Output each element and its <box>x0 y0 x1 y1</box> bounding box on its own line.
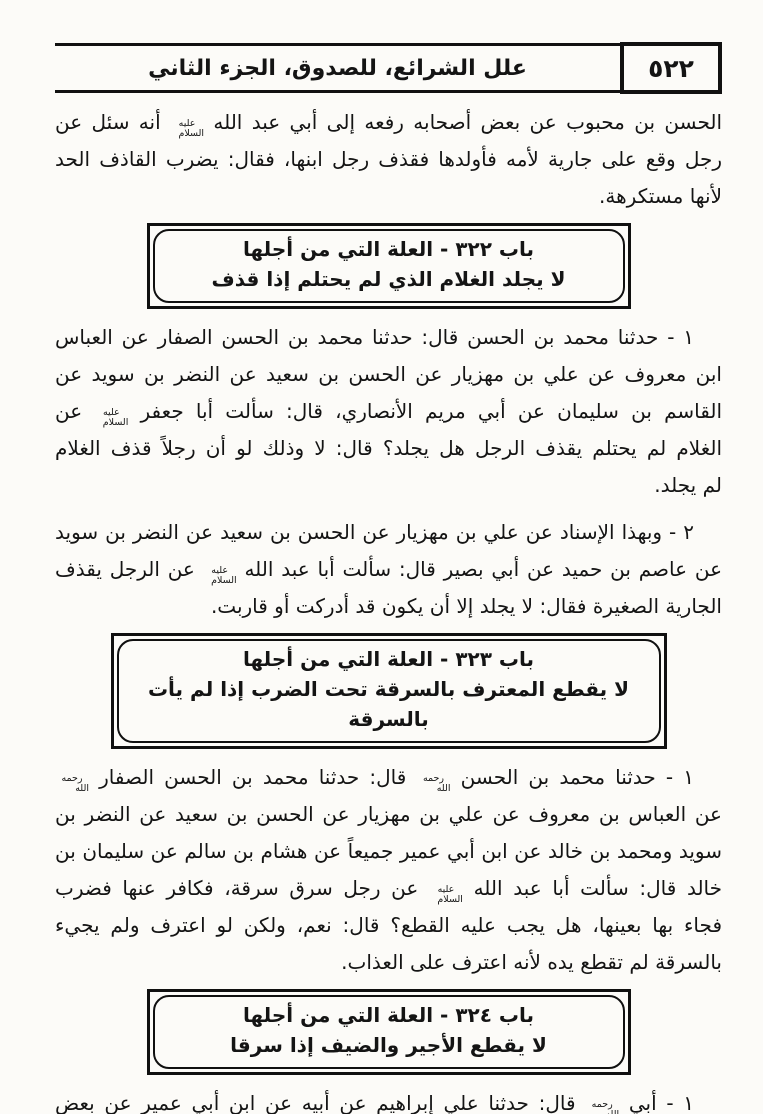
paragraph: ٢ - وبهذا الإسناد عن علي بن مهزيار عن ال… <box>55 514 722 625</box>
chapter-number-title: باب ٣٢٤ - العلة التي من أجلها <box>165 1000 613 1030</box>
text-line: ابن معروف عن علي بن مهزيار عن الحسن بن س… <box>55 356 722 393</box>
page-number-box: ٥٢٢ <box>620 42 722 94</box>
text-line: القاسم بن سليمان عن أبي مريم الأنصاري، ق… <box>55 393 722 430</box>
text-line: خالد قال: سألت أبا عبد الله عليه السلام … <box>55 870 722 907</box>
honorific-mark: عليه السلام <box>170 119 204 140</box>
chapter-subtitle: لا يقطع المعترف بالسرقة تحت الضرب إذا لم… <box>129 674 649 734</box>
text-line: ١ - حدثنا محمد بن الحسن قال: حدثنا محمد … <box>55 319 722 356</box>
chapter-heading-box: باب ٣٢٢ - العلة التي من أجلهالا يجلد الغ… <box>147 223 631 309</box>
text-line: ١ - حدثنا محمد بن الحسن رحمه الله قال: ح… <box>55 759 722 796</box>
text-line: بالسرقة لم تقطع يده لأنه اعترف على العذا… <box>55 944 722 981</box>
chapter-number-title: باب ٣٢٣ - العلة التي من أجلها <box>129 644 649 674</box>
text-line: ٢ - وبهذا الإسناد عن علي بن مهزيار عن ال… <box>55 514 722 551</box>
text-line: عن عاصم بن حميد عن أبي بصير قال: سألت أب… <box>55 551 722 588</box>
paragraph: ١ - حدثنا محمد بن الحسن قال: حدثنا محمد … <box>55 319 722 504</box>
book-title: علل الشرائع، للصدوق، الجزء الثاني <box>148 56 527 81</box>
honorific-mark: رحمه الله <box>416 774 450 795</box>
page-body: الحسن بن محبوب عن بعض أصحابه رفعه إلى أب… <box>55 104 722 1114</box>
honorific-mark: عليه السلام <box>203 566 237 587</box>
text-line: عن العباس بن معروف عن علي بن مهزيار عن ا… <box>55 796 722 833</box>
chapter-heading-inner: باب ٣٢٣ - العلة التي من أجلهالا يقطع الم… <box>117 639 661 743</box>
text-line: ١ - أبي رحمه الله قال: حدثنا علي إبراهيم… <box>55 1085 722 1114</box>
text-line: لأنها مستكرهة. <box>55 178 722 215</box>
text-line: رجل وقع على جارية لأمه فأولدها فقذف رجل … <box>55 141 722 178</box>
chapter-heading-inner: باب ٣٢٢ - العلة التي من أجلهالا يجلد الغ… <box>153 229 625 303</box>
paragraph: ١ - حدثنا محمد بن الحسن رحمه الله قال: ح… <box>55 759 722 981</box>
text-line: الغلام لم يحتلم يقذف الرجل هل يجلد؟ قال:… <box>55 430 722 467</box>
honorific-mark: عليه السلام <box>429 885 463 906</box>
chapter-heading-inner: باب ٣٢٤ - العلة التي من أجلهالا يقطع الأ… <box>153 995 625 1069</box>
book-page: ٥٢٢ علل الشرائع، للصدوق، الجزء الثاني ال… <box>0 0 763 1114</box>
page-number: ٥٢٢ <box>648 54 694 83</box>
chapter-heading-box: باب ٣٢٣ - العلة التي من أجلهالا يقطع الم… <box>111 633 667 749</box>
chapter-subtitle: لا يجلد الغلام الذي لم يحتلم إذا قذف <box>165 264 613 294</box>
text-line: فجاء بها بعينها، هل يجب عليه القطع؟ قال:… <box>55 907 722 944</box>
honorific-mark: رحمه الله <box>585 1100 619 1114</box>
chapter-subtitle: لا يقطع الأجير والضيف إذا سرقا <box>165 1030 613 1060</box>
page-header: ٥٢٢ علل الشرائع، للصدوق، الجزء الثاني <box>55 42 722 94</box>
chapter-number-title: باب ٣٢٢ - العلة التي من أجلها <box>165 234 613 264</box>
text-line: لم يجلد. <box>55 467 722 504</box>
text-line: سويد ومحمد بن خالد عن ابن أبي عمير جميعا… <box>55 833 722 870</box>
chapter-heading-box: باب ٣٢٤ - العلة التي من أجلهالا يقطع الأ… <box>147 989 631 1075</box>
honorific-mark: رحمه الله <box>55 774 89 795</box>
text-line: الجارية الصغيرة فقال: لا يجلد إلا أن يكو… <box>55 588 722 625</box>
paragraph: الحسن بن محبوب عن بعض أصحابه رفعه إلى أب… <box>55 104 722 215</box>
text-line: الحسن بن محبوب عن بعض أصحابه رفعه إلى أب… <box>55 104 722 141</box>
paragraph: ١ - أبي رحمه الله قال: حدثنا علي إبراهيم… <box>55 1085 722 1114</box>
honorific-mark: عليه السلام <box>94 408 128 429</box>
title-band: علل الشرائع، للصدوق، الجزء الثاني <box>55 43 620 93</box>
